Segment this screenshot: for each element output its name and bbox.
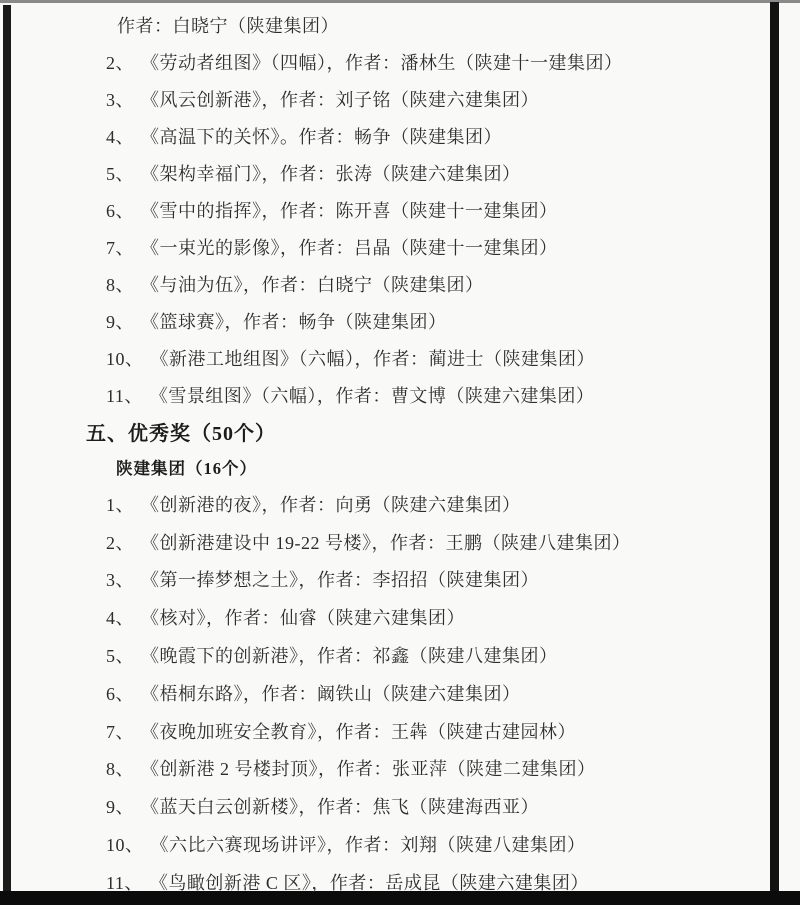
item-number: 8、 (106, 755, 134, 781)
item-text: 《劳动者组图》（四幅），作者：潘林生（陕建十一建集团） (141, 49, 623, 75)
award-list-item: 5、 《晚霞下的创新港》，作者：祁鑫（陕建八建集团） (0, 636, 800, 674)
item-number: 11、 (106, 869, 143, 895)
item-text: 《风云创新港》，作者：刘子铭（陕建六建集团） (141, 86, 539, 112)
award-list-item: 3、 《风云创新港》，作者：刘子铭（陕建六建集团） (0, 80, 800, 117)
item-number: 10、 (106, 831, 144, 857)
item-number: 7、 (106, 234, 134, 260)
award-list-item: 8、 《创新港 2 号楼封顶》，作者：张亚萍（陕建二建集团） (0, 750, 800, 788)
award-list-item: 7、 《夜晚加班安全教育》，作者：王犇（陕建古建园林） (0, 712, 800, 750)
item-number: 3、 (106, 566, 134, 592)
award-list-item: 11、 《鸟瞰创新港 C 区》，作者：岳成昆（陕建六建集团） (0, 863, 800, 901)
item-number: 3、 (106, 86, 134, 112)
item-text: 《鸟瞰创新港 C 区》，作者：岳成昆（陕建六建集团） (150, 869, 589, 895)
item-number: 10、 (106, 345, 144, 371)
award-list-item: 1、 《创新港的夜》，作者：向勇（陕建六建集团） (0, 485, 800, 523)
item-text: 《一束光的影像》，作者：吕晶（陕建十一建集团） (141, 234, 558, 260)
continuation-line: 作者：白晓宁（陕建集团） (0, 6, 800, 43)
continuation-text: 作者：白晓宁（陕建集团） (117, 12, 339, 38)
item-text: 《新港工地组图》（六幅），作者：蔺进士（陕建集团） (151, 345, 596, 371)
item-text: 《梧桐东路》，作者：阚铁山（陕建六建集团） (141, 680, 521, 706)
award-list-item: 4、 《核对》，作者：仙睿（陕建六建集团） (0, 598, 800, 636)
item-text: 《篮球赛》，作者：畅争（陕建集团） (141, 308, 447, 334)
scanned-document-page: 作者：白晓宁（陕建集团） 2、 《劳动者组图》（四幅），作者：潘林生（陕建十一建… (0, 0, 800, 905)
award-list-item: 5、 《架构幸福门》，作者：张涛（陕建六建集团） (0, 154, 800, 191)
item-number: 11、 (106, 382, 143, 408)
award-list-item: 9、 《蓝天白云创新楼》，作者：焦飞（陕建海西亚） (0, 787, 800, 825)
item-number: 4、 (106, 123, 134, 149)
item-text: 《创新港 2 号楼封顶》，作者：张亚萍（陕建二建集团） (141, 755, 596, 781)
item-number: 9、 (106, 308, 134, 334)
item-number: 6、 (106, 197, 134, 223)
award-list-item: 6、 《雪中的指挥》，作者：陈开喜（陕建十一建集团） (0, 191, 800, 228)
award-list-bottom: 1、 《创新港的夜》，作者：向勇（陕建六建集团） 2、 《创新港建设中 19-2… (0, 485, 800, 901)
award-list-item: 10、 《新港工地组图》（六幅），作者：蔺进士（陕建集团） (0, 339, 800, 376)
item-number: 5、 (106, 642, 134, 668)
item-text: 《夜晚加班安全教育》，作者：王犇（陕建古建园林） (141, 718, 576, 744)
award-list-item: 7、 《一束光的影像》，作者：吕晶（陕建十一建集团） (0, 228, 800, 265)
item-text: 《雪景组图》（六幅），作者：曹文博（陕建六建集团） (150, 382, 595, 408)
section-heading-text: 五、优秀奖（50个） (86, 417, 276, 446)
item-text: 《核对》，作者：仙睿（陕建六建集团） (141, 604, 465, 630)
item-number: 2、 (106, 529, 134, 555)
item-number: 8、 (106, 271, 134, 297)
item-text: 《六比六赛现场讲评》，作者：刘翔（陕建八建集团） (151, 831, 586, 857)
item-number: 7、 (106, 718, 134, 744)
item-text: 《创新港的夜》，作者：向勇（陕建六建集团） (141, 491, 521, 517)
item-text: 《晚霞下的创新港》，作者：祁鑫（陕建八建集团） (141, 642, 558, 668)
award-list-item: 8、 《与油为伍》，作者：白晓宁（陕建集团） (0, 265, 800, 302)
award-list-top: 2、 《劳动者组图》（四幅），作者：潘林生（陕建十一建集团） 3、 《风云创新港… (0, 43, 800, 413)
award-list-item: 2、 《创新港建设中 19-22 号楼》，作者：王鹏（陕建八建集团） (0, 523, 800, 561)
item-text: 《第一捧梦想之土》，作者：李招招（陕建集团） (141, 566, 539, 592)
award-list-item: 9、 《篮球赛》，作者：畅争（陕建集团） (0, 302, 800, 339)
group-heading-text: 陕建集团（16个） (116, 455, 257, 479)
section-heading: 五、优秀奖（50个） (0, 413, 800, 449)
item-number: 9、 (106, 793, 134, 819)
item-text: 《蓝天白云创新楼》，作者：焦飞（陕建海西亚） (141, 793, 539, 819)
item-text: 《与油为伍》，作者：白晓宁（陕建集团） (141, 271, 484, 297)
award-list-item: 3、 《第一捧梦想之土》，作者：李招招（陕建集团） (0, 561, 800, 599)
award-list-item: 11、 《雪景组图》（六幅），作者：曹文博（陕建六建集团） (0, 376, 800, 413)
document-content: 作者：白晓宁（陕建集团） 2、 《劳动者组图》（四幅），作者：潘林生（陕建十一建… (0, 0, 800, 901)
item-number: 5、 (106, 160, 134, 186)
item-number: 1、 (106, 491, 134, 517)
item-number: 6、 (106, 680, 134, 706)
item-number: 2、 (106, 49, 134, 75)
item-text: 《架构幸福门》，作者：张涛（陕建六建集团） (141, 160, 521, 186)
item-text: 《创新港建设中 19-22 号楼》，作者：王鹏（陕建八建集团） (141, 529, 631, 555)
item-text: 《高温下的关怀》。作者：畅争（陕建集团） (141, 123, 502, 149)
group-heading: 陕建集团（16个） (0, 449, 800, 485)
award-list-item: 4、 《高温下的关怀》。作者：畅争（陕建集团） (0, 117, 800, 154)
award-list-item: 10、 《六比六赛现场讲评》，作者：刘翔（陕建八建集团） (0, 825, 800, 863)
item-number: 4、 (106, 604, 134, 630)
award-list-item: 2、 《劳动者组图》（四幅），作者：潘林生（陕建十一建集团） (0, 43, 800, 80)
award-list-item: 6、 《梧桐东路》，作者：阚铁山（陕建六建集团） (0, 674, 800, 712)
item-text: 《雪中的指挥》，作者：陈开喜（陕建十一建集团） (141, 197, 558, 223)
